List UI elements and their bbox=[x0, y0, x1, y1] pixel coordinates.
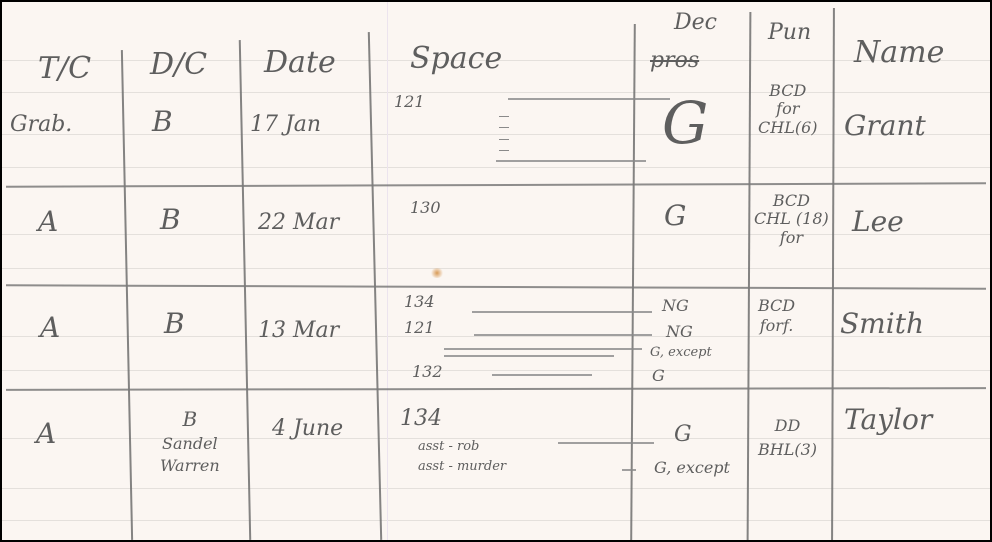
row1-dc: B bbox=[152, 108, 173, 136]
leader-line bbox=[444, 355, 614, 357]
row3-tc: A bbox=[40, 314, 60, 342]
row1-pun-line: BCD bbox=[769, 82, 806, 100]
row4-date: 4 June bbox=[272, 418, 343, 440]
row4-dec-1: G bbox=[674, 424, 692, 446]
paper-rule bbox=[2, 92, 990, 93]
row1-pun: BCD for CHL(6) bbox=[758, 82, 817, 137]
row1-name: Grant bbox=[844, 112, 926, 140]
row3-dc: B bbox=[164, 310, 185, 338]
row2-space: 130 bbox=[410, 200, 441, 216]
header-name: Name bbox=[854, 38, 944, 68]
leader-line bbox=[474, 334, 652, 336]
row1-tc: Grab. bbox=[10, 114, 72, 136]
row1-dec: G bbox=[662, 94, 708, 152]
row4-dc-line: Sandel bbox=[162, 433, 218, 455]
header-dec: Dec bbox=[674, 12, 717, 34]
scanned-page: T/C D/C Date Space Dec pros Pun Name Gra… bbox=[2, 2, 990, 540]
column-divider bbox=[630, 24, 636, 540]
header-dec-struck: pros bbox=[650, 50, 699, 72]
row1-space: 121 bbox=[394, 94, 425, 110]
paper-margin-rule bbox=[387, 2, 388, 540]
paper-rule bbox=[2, 134, 990, 135]
row3-space-1: 134 bbox=[404, 294, 435, 310]
row3-dec-1: NG bbox=[662, 298, 689, 314]
row-divider bbox=[6, 182, 986, 187]
row2-tc: A bbox=[38, 208, 58, 236]
row-divider bbox=[6, 284, 986, 289]
leader-line bbox=[508, 98, 670, 100]
row4-tc: A bbox=[36, 420, 56, 448]
header-tc: T/C bbox=[38, 54, 91, 84]
row4-pun: DD BHL(3) bbox=[758, 414, 817, 462]
row3-name: Smith bbox=[840, 310, 924, 338]
row3-space-4: 132 bbox=[412, 364, 443, 380]
leader-line bbox=[622, 469, 636, 471]
row3-pun: BCD forf. bbox=[758, 296, 795, 336]
column-divider bbox=[831, 8, 835, 540]
leader-tick bbox=[499, 150, 509, 151]
paper-rule bbox=[2, 520, 990, 521]
row1-pun-line: CHL(6) bbox=[758, 119, 817, 137]
row3-dec-4: G bbox=[652, 368, 665, 384]
paper-rule bbox=[2, 370, 990, 371]
header-pun: Pun bbox=[768, 22, 811, 44]
paper-rule bbox=[2, 438, 990, 439]
row4-dc-line: Warren bbox=[160, 455, 220, 477]
paper-rule bbox=[2, 234, 990, 235]
column-divider bbox=[121, 50, 133, 540]
row2-date: 22 Mar bbox=[258, 212, 339, 234]
row2-pun-line: for bbox=[780, 229, 803, 247]
row4-pun-line: DD bbox=[775, 414, 801, 438]
row1-pun-line: for bbox=[776, 100, 799, 118]
row3-dec-2: NG bbox=[666, 324, 693, 340]
row4-space-2: asst - rob bbox=[418, 440, 479, 453]
row1-date: 17 Jan bbox=[250, 114, 321, 136]
row2-name: Lee bbox=[852, 208, 904, 236]
header-dc: D/C bbox=[150, 50, 207, 80]
leader-tick bbox=[499, 139, 509, 140]
row3-pun-line: BCD bbox=[758, 296, 795, 316]
header-space: Space bbox=[410, 44, 502, 74]
row4-dec-2: G, except bbox=[654, 460, 730, 476]
row4-pun-line: BHL(3) bbox=[758, 438, 817, 462]
row2-dc: B bbox=[160, 206, 181, 234]
row4-dc: B Sandel Warren bbox=[160, 406, 220, 476]
leader-line bbox=[496, 160, 646, 162]
row2-pun-line: CHL (18) bbox=[754, 210, 829, 228]
leader-line bbox=[472, 311, 652, 313]
leader-tick bbox=[499, 116, 509, 117]
row3-dec-3: G, except bbox=[650, 346, 712, 359]
leader-line bbox=[492, 374, 592, 376]
row3-space-2: 121 bbox=[404, 320, 435, 336]
row4-dc-line: B bbox=[182, 406, 197, 433]
paper-rule bbox=[2, 268, 990, 269]
row2-pun: BCD CHL (18) for bbox=[754, 192, 829, 247]
row2-dec: G bbox=[664, 202, 686, 230]
paper-rule bbox=[2, 167, 990, 168]
row3-date: 13 Mar bbox=[258, 320, 339, 342]
leader-tick bbox=[499, 127, 509, 128]
row4-name: Taylor bbox=[844, 406, 932, 434]
row2-pun-line: BCD bbox=[773, 192, 810, 210]
row3-pun-line: forf. bbox=[760, 316, 794, 336]
row-divider bbox=[6, 387, 986, 391]
row4-space-1: 134 bbox=[400, 408, 442, 430]
paper-rule bbox=[2, 488, 990, 489]
row4-space-3: asst - murder bbox=[418, 460, 506, 473]
header-date: Date bbox=[264, 48, 336, 78]
leader-line bbox=[558, 442, 654, 444]
stain bbox=[430, 268, 444, 278]
leader-line bbox=[444, 348, 642, 350]
